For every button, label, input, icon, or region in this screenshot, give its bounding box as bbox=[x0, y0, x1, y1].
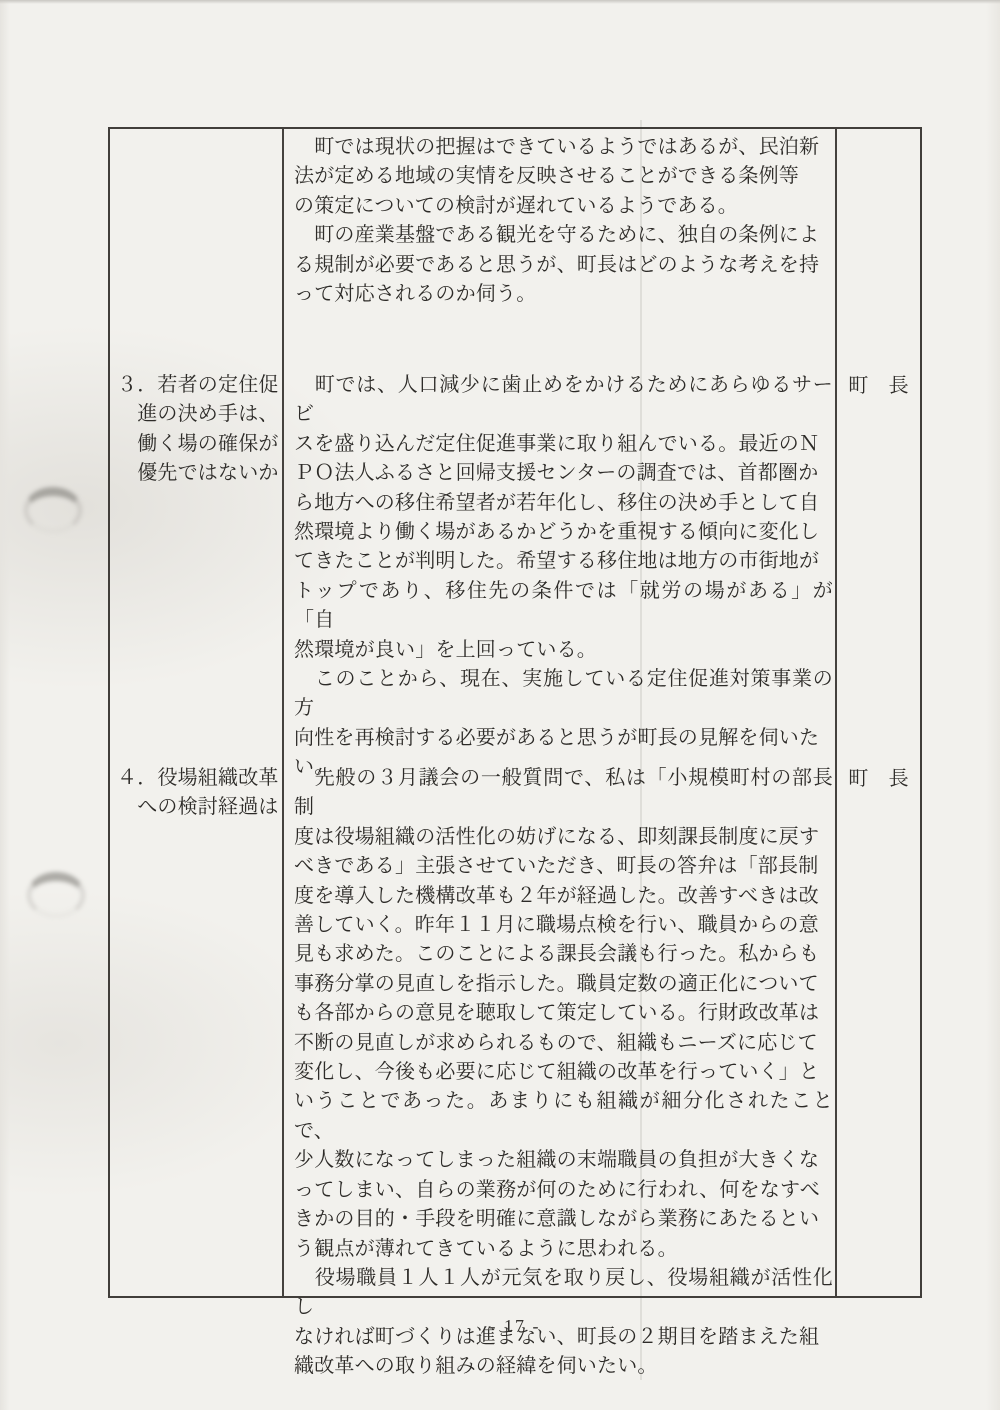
scanned-document-page: 町では現状の把握はできているようではあるが、民泊新 法が定める地域の実情を反映さ… bbox=[0, 0, 1000, 1410]
question-topic-cell: ３．若者の定住促 進の決め手は、 働く場の確保が 優先ではないか bbox=[110, 371, 284, 783]
answerer-cell bbox=[837, 133, 920, 309]
question-body-cell: 町では、人口減少に歯止めをかけるためにあらゆるサービ スを盛り込んだ定住促進事業… bbox=[284, 371, 837, 783]
question-body-cell: 先般の３月議会の一般質問で、私は「小規模町村の部長制 度は役場組織の活性化の妨げ… bbox=[284, 764, 837, 1382]
table-row: ４．役場組織改革 への検討経過は 先般の３月議会の一般質問で、私は「小規模町村の… bbox=[110, 764, 920, 1382]
page-number: - 17 - bbox=[490, 1316, 541, 1337]
answerer-cell: 町 長 bbox=[837, 764, 920, 1382]
answerer-cell: 町 長 bbox=[837, 371, 920, 783]
punch-hole-mark bbox=[24, 487, 82, 533]
table-row: ３．若者の定住促 進の決め手は、 働く場の確保が 優先ではないか 町では、人口減… bbox=[110, 371, 920, 783]
question-topic-cell: ４．役場組織改革 への検討経過は bbox=[110, 764, 284, 1382]
general-questions-table: 町では現状の把握はできているようではあるが、民泊新 法が定める地域の実情を反映さ… bbox=[108, 127, 922, 1298]
table-row: 町では現状の把握はできているようではあるが、民泊新 法が定める地域の実情を反映さ… bbox=[110, 133, 920, 309]
question-topic-cell bbox=[110, 133, 284, 309]
punch-hole-mark bbox=[27, 872, 85, 918]
question-body-cell: 町では現状の把握はできているようではあるが、民泊新 法が定める地域の実情を反映さ… bbox=[284, 133, 837, 309]
